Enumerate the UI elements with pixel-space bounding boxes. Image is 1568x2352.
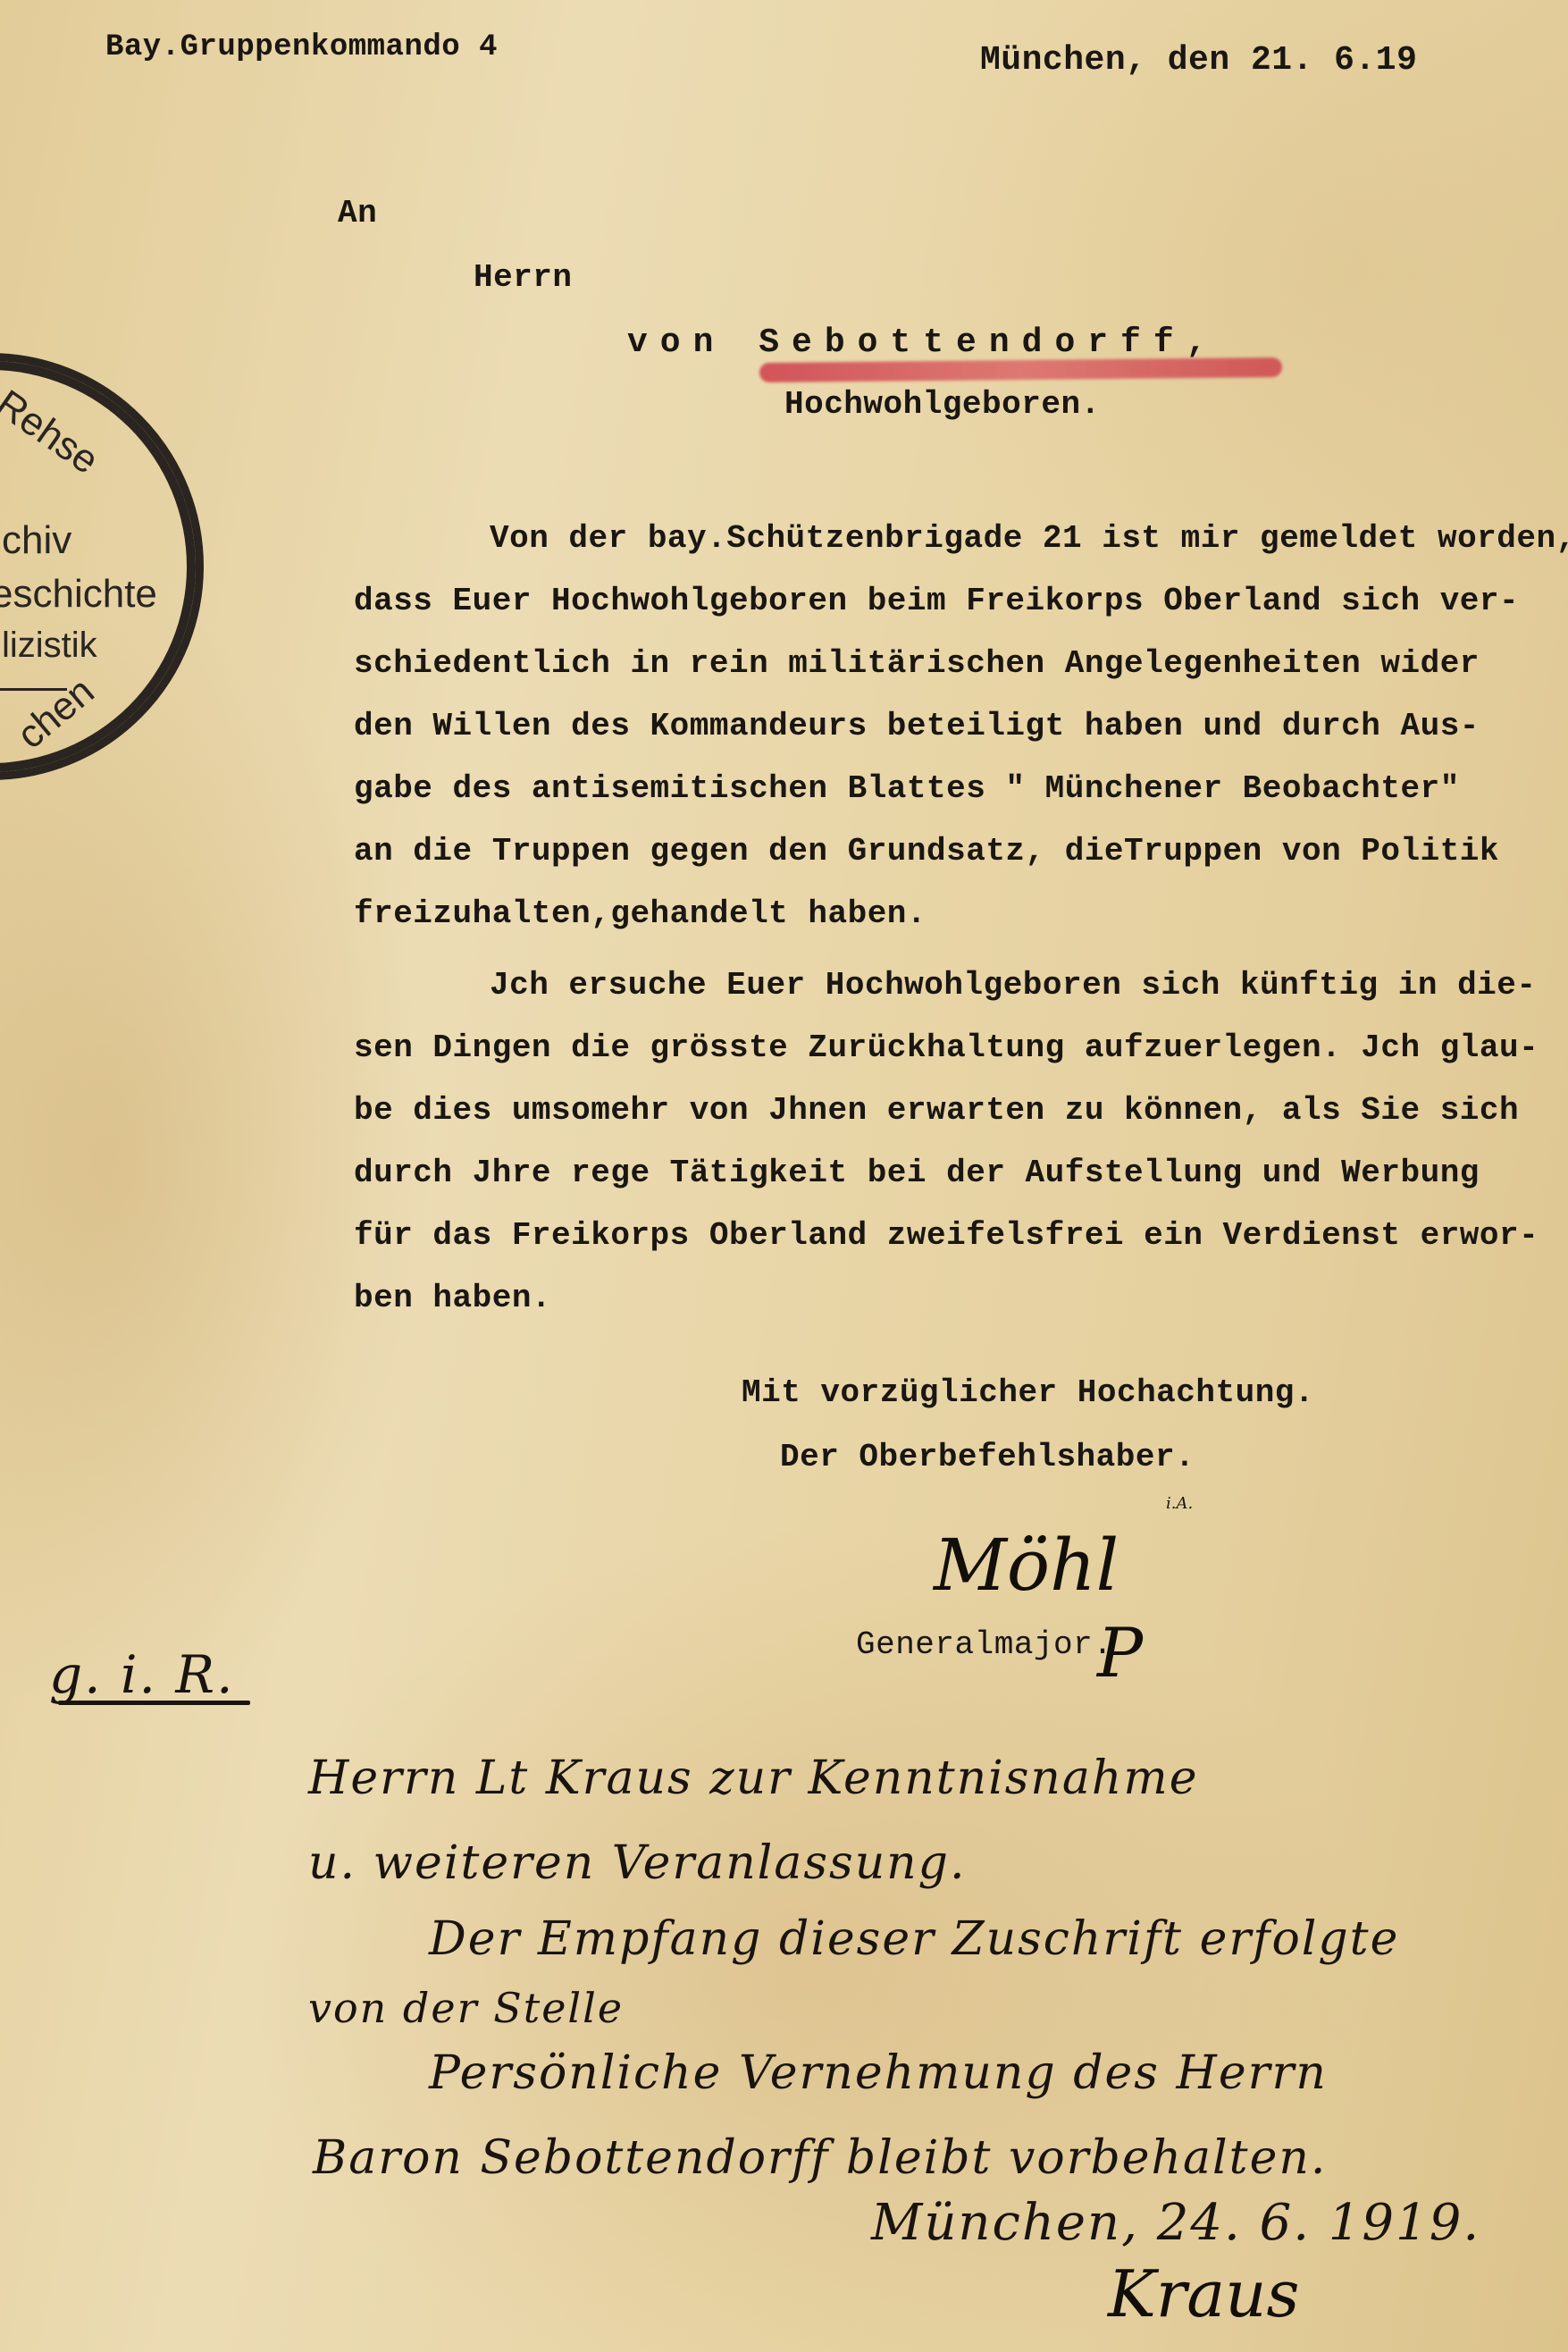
place-date: München, den 21. 6.19: [980, 41, 1417, 80]
body-line: gabe des antisemitischen Blattes " Münch…: [354, 770, 1460, 807]
recipient-name: von Sebottendorff,: [627, 323, 1219, 362]
handwritten-line: von der Stelle: [308, 1984, 624, 2032]
body-line: schiedentlich in rein militärischen Ange…: [354, 645, 1480, 682]
small-annotation: i.A.: [1166, 1494, 1193, 1513]
address-salutation: Herrn: [474, 259, 573, 296]
body-line: be dies umsomehr von Jhnen erwarten zu k…: [354, 1092, 1519, 1129]
handwritten-initial: P: [1097, 1613, 1143, 1693]
stamp-text-archiv: chiv: [2, 518, 71, 563]
body-line: an die Truppen gegen den Grundsatz, dieT…: [354, 833, 1499, 869]
stamp-text-geschichte: eschichte: [0, 572, 157, 617]
body-line: ben haben.: [354, 1280, 551, 1316]
recipient-honorific: Hochwohlgeboren.: [784, 386, 1101, 423]
address-prefix: An: [338, 195, 377, 231]
signature-kraus: Kraus: [1108, 2256, 1299, 2331]
body-line: dass Euer Hochwohlgeboren beim Freikorps…: [354, 583, 1519, 619]
closing-rank: Generalmajor.: [856, 1626, 1112, 1663]
closing-title: Der Oberbefehlshaber.: [780, 1439, 1195, 1475]
handwritten-line: Persönliche Vernehmung des Herrn: [429, 2046, 1328, 2100]
stamp-text-publizistik: lizistik: [2, 626, 97, 666]
body-line: Von der bay.Schützenbrigade 21 ist mir g…: [490, 520, 1568, 557]
body-line: freizuhalten,gehandelt haben.: [354, 895, 927, 932]
handwritten-line: Der Empfang dieser Zuschrift erfolgte: [429, 1912, 1399, 1966]
body-line: Jch ersuche Euer Hochwohlgeboren sich kü…: [490, 967, 1537, 1004]
closing-greeting: Mit vorzüglicher Hochachtung.: [742, 1374, 1314, 1411]
margin-note-underline: [58, 1701, 250, 1705]
body-line: sen Dingen die grösste Zurückhaltung auf…: [354, 1029, 1539, 1066]
body-line: für das Freikorps Oberland zweifelsfrei …: [354, 1217, 1539, 1254]
body-line: durch Jhre rege Tätigkeit bei der Aufste…: [354, 1155, 1480, 1191]
body-line: den Willen des Kommandeurs beteiligt hab…: [354, 708, 1480, 744]
handwritten-line: Baron Sebottendorff bleibt vorbehalten.: [313, 2131, 1327, 2185]
sender-heading: Bay.Gruppenkommando 4: [105, 30, 498, 64]
handwritten-line: u. weiteren Veranlassung.: [308, 1836, 967, 1890]
handwritten-line: Herrn Lt Kraus zur Kenntnisnahme: [308, 1751, 1198, 1805]
handwritten-place-date: München, 24. 6. 1919.: [871, 2194, 1480, 2252]
margin-note: g. i. R.: [49, 1644, 235, 1705]
signature-moehl: Möhl: [934, 1524, 1119, 1607]
